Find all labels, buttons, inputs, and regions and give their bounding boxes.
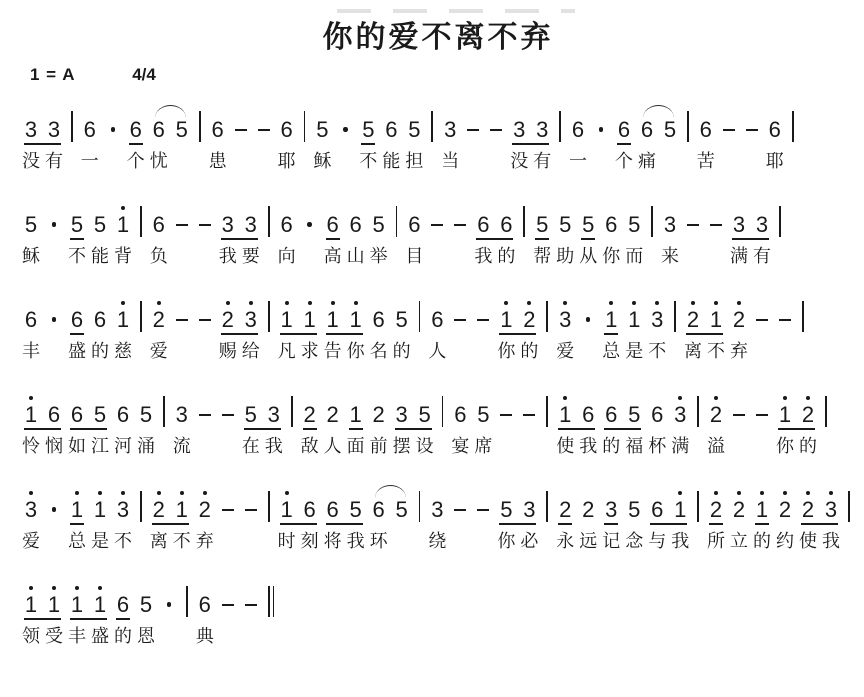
meta-row: 1 = A 4/4 [22,64,854,86]
symbol [520,402,538,427]
barline [802,298,804,363]
note: 3有 [533,108,551,173]
octave-dot [678,396,682,400]
duration-dot [592,108,610,173]
note: 3记 [602,488,620,553]
note: 2的 [520,298,538,363]
note: 3不 [648,298,666,363]
beam-group: 1你2的 [776,393,817,458]
symbol [173,307,191,332]
duration-dot-mark [343,127,348,132]
bar-lines [163,393,165,427]
note-digit: 1 [347,402,365,427]
bar-line [546,301,548,332]
note: 5席 [474,393,492,458]
lyric-syllable: 溢 [707,434,725,458]
bar-line [546,396,548,427]
note-digit: 6 [114,592,132,617]
barline [304,108,306,173]
duration-dash-mark [258,129,270,131]
symbol [464,117,482,142]
note-digit: 3 [661,212,679,237]
note-digit: 2 [150,307,168,332]
lyric-syllable: 使 [799,529,817,553]
lyric-syllable: 助 [556,244,574,268]
note: 5稣 [22,203,40,268]
note-digit: 3 [22,117,40,142]
note: 1凡 [278,298,296,363]
symbol [196,402,214,427]
note: 2离 [684,298,702,363]
note: 1我 [671,488,689,553]
bar-lines [186,583,188,617]
note-digit: 3 [602,497,620,522]
bar-lines [779,203,781,237]
bar-line [268,586,270,617]
note: 6个 [615,108,633,173]
duration-dash [474,298,492,363]
barline [268,298,270,363]
beam-group: 1告1你 [324,298,365,363]
duration-dot-mark [52,222,57,227]
note-digit: 6 [209,117,227,142]
barline [140,203,142,268]
octave-dot-row [285,298,289,307]
duration-dot [301,203,319,268]
bar-line [140,301,142,332]
note-digit: 3 [219,212,237,237]
note: 1你 [497,298,515,363]
symbol [451,212,469,237]
lyric-syllable: 的 [753,529,771,553]
note: 6能 [382,108,400,173]
note: 6目 [405,203,423,268]
octave-dot-row [354,298,358,307]
lyric-syllable: 我 [265,434,283,458]
lyric-syllable: 满 [671,434,689,458]
note: 5 [661,108,679,173]
bar-line [71,111,73,142]
symbol [196,212,214,237]
lyric-syllable: 能 [382,149,400,173]
lyric-syllable: 要 [242,244,260,268]
barline [163,393,165,458]
beam-group: 1怜6悯 [22,393,63,458]
bar-lines [687,108,689,142]
note: 2远 [579,488,597,553]
lyric-syllable: 丰 [22,339,40,363]
lyric-syllable: 设 [416,434,434,458]
note: 3满 [671,393,689,458]
lyric-syllable: 杯 [648,434,666,458]
note-digit: 1 [278,307,296,332]
note: 6的 [497,203,515,268]
note-digit: 3 [520,497,538,522]
lyric-syllable: 盛 [91,624,109,648]
bar-lines [291,393,293,427]
note-digit: 6 [569,117,587,142]
octave-dot [632,301,636,305]
note: 1你 [347,298,365,363]
beam-group: 3满3有 [730,203,771,268]
bar-lines [697,488,699,522]
note: 1怜 [22,393,40,458]
barline [546,393,548,458]
note-digit: 1 [91,592,109,617]
note-digit: 5 [393,307,411,332]
note: 6河 [114,393,132,458]
lyric-syllable: 有 [753,244,771,268]
duration-dash [242,583,260,648]
duration-dash [753,298,771,363]
symbol [242,592,260,617]
note: 6环 [370,488,388,553]
barline [559,108,561,173]
octave-dot [285,491,289,495]
duration-dash-mark [245,509,257,511]
symbol [451,497,469,522]
duration-dot-mark [52,507,57,512]
note-digit: 6 [150,117,168,142]
note-digit: 3 [533,117,551,142]
duration-dash-mark [199,224,211,226]
octave-dot-row [29,583,33,592]
duration-dot [45,298,63,363]
barline [431,108,433,173]
note: 1不 [707,298,725,363]
octave-dot [29,396,33,400]
note-digit: 6 [370,307,388,332]
bar-lines [419,298,421,332]
music-system: 3没3有6一6个6忧56患6耶5稣5不6能5担3当3没3有6一6个6痛56苦6耶 [22,108,854,173]
note-digit: 2 [707,402,725,427]
lyric-syllable: 必 [520,529,538,553]
note: 2爱 [150,298,168,363]
beam-group: 1凡1求 [278,298,319,363]
lyric-syllable: 远 [579,529,597,553]
lyric-syllable: 稣 [22,244,40,268]
octave-dot [714,491,718,495]
bar-line [559,111,561,142]
beam-group: 6我6的 [474,203,515,268]
note-digit: 5 [347,497,365,522]
duration-dash [464,108,482,173]
octave-dot-row [226,298,230,307]
note-digit: 5 [359,117,377,142]
bar-line [651,206,653,237]
symbol [707,212,725,237]
bar-line [419,491,421,522]
note-digit: 6 [22,307,40,332]
barline [651,203,653,268]
octave-dot [249,301,253,305]
symbol [730,402,748,427]
duration-dash [743,108,761,173]
note-digit: 6 [602,402,620,427]
lyric-syllable: 所 [707,529,725,553]
duration-dash [428,203,446,268]
barline [825,393,827,458]
lyric-syllable: 领 [22,624,40,648]
note-digit: 1 [753,497,771,522]
note-digit: 6 [451,402,469,427]
note-digit: 1 [114,307,132,332]
octave-dot-row [829,488,833,497]
note: 6杯 [648,393,666,458]
bar-line [674,301,676,332]
octave-dot-row [563,393,567,402]
note: 6个 [127,108,145,173]
duration-dash-mark [467,129,479,131]
bar-line [546,491,548,522]
note-digit: 6 [697,117,715,142]
lyric-syllable: 受 [45,624,63,648]
duration-dash [173,203,191,268]
lyric-syllable: 凡 [278,339,296,363]
note-digit: 3 [428,497,446,522]
note: 6宴 [451,393,469,458]
duration-dash-mark [523,414,535,416]
note-digit: 6 [474,212,492,237]
note: 5福 [625,393,643,458]
barline [697,393,699,458]
note-digit: 6 [428,307,446,332]
song-title: 你的爱不离不弃 [22,18,854,58]
barline [199,108,201,173]
lyric-syllable: 记 [602,529,620,553]
barline [140,298,142,363]
lyric-syllable: 江 [91,434,109,458]
note-digit: 2 [579,497,597,522]
note: 6盛 [68,298,86,363]
symbol [776,307,794,332]
duration-dash-mark [222,509,234,511]
lyric-syllable: 有 [533,149,551,173]
octave-dot-row [714,488,718,497]
barline [268,203,270,268]
note-digit: 5 [579,212,597,237]
bar-lines [419,488,421,522]
symbol [579,307,597,332]
note-digit: 5 [91,212,109,237]
barline [396,203,398,268]
lyric-syllable: 没 [22,149,40,173]
octave-dot-row [806,393,810,402]
lyric-syllable: 在 [242,434,260,458]
barline [546,298,548,363]
bar-lines [825,393,827,427]
lyric-syllable: 不 [114,529,132,553]
bar-line [697,491,699,522]
symbol [753,402,771,427]
symbol [336,117,354,142]
note: 1求 [301,298,319,363]
octave-dot-row [563,298,567,307]
duration-dash-mark [235,129,247,131]
duration-dash-mark [756,414,768,416]
note: 1是 [625,298,643,363]
note-digit: 6 [579,402,597,427]
bar-lines [140,488,142,522]
note-digit: 5 [370,212,388,237]
lyric-syllable: 不 [707,339,725,363]
note-digit: 6 [196,592,214,617]
note-digit: 5 [137,592,155,617]
slur-group: 6环5 [370,488,411,553]
octave-dot [29,491,33,495]
lyric-syllable: 使 [556,434,574,458]
note: 3有 [45,108,63,173]
bar-line [697,396,699,427]
time-signature: 4/4 [132,65,156,84]
note: 2所 [707,488,725,553]
note: 3当 [441,108,459,173]
note: 5能 [91,203,109,268]
lyric-syllable: 山 [347,244,365,268]
note-digit: 5 [661,117,679,142]
note-digit: 2 [799,497,817,522]
music-system: 6丰6盛6的1慈2爱2赐3给1凡1求1告1你6名5的6人1你2的3爱1总1是3不… [22,298,854,363]
lyric-syllable: 苦 [697,149,715,173]
note: 5在 [242,393,260,458]
bar-lines [546,298,548,332]
note-digit: 2 [730,307,748,332]
symbol [684,212,702,237]
octave-dot-row [98,583,102,592]
duration-dash [232,108,250,173]
note: 1告 [324,298,342,363]
note-digit: 2 [150,497,168,522]
note: 5我 [347,488,365,553]
duration-dash-mark [176,319,188,321]
lyric-syllable: 人 [428,339,446,363]
sheet-music-page: 你的爱不离不弃 1 = A 4/4 3没3有6一6个6忧56患6耶5稣5不6能5… [0,0,864,648]
note-digit: 6 [648,402,666,427]
note-digit: 5 [137,402,155,427]
beam-group: 1时6刻 [278,488,319,553]
note: 6人 [428,298,446,363]
note: 6一 [81,108,99,173]
duration-dash-mark [500,414,512,416]
note: 5你 [497,488,515,553]
lyric-syllable: 盛 [68,339,86,363]
octave-dot [157,491,161,495]
note-digit: 3 [45,117,63,142]
note-digit: 2 [301,402,319,427]
bar-lines [546,488,548,522]
note: 2弃 [196,488,214,553]
note-digit: 6 [324,497,342,522]
lyric-syllable: 面 [347,434,365,458]
lyric-syllable: 约 [776,529,794,553]
note-digit: 2 [684,307,702,332]
note-digit: 1 [45,592,63,617]
duration-dash [520,393,538,458]
octave-dot [563,301,567,305]
note-digit: 5 [533,212,551,237]
duration-dash [474,488,492,553]
duration-dash [196,393,214,458]
symbol [301,212,319,237]
lyric-syllable: 不 [359,149,377,173]
bar-lines [523,203,525,237]
bar-line [273,586,275,617]
lyric-syllable: 如 [68,434,86,458]
octave-dot-row [157,488,161,497]
lyric-syllable: 爱 [556,339,574,363]
note-digit: 3 [441,117,459,142]
beam-group: 6如5江 [68,393,109,458]
note-digit: 6 [91,307,109,332]
note-digit: 3 [510,117,528,142]
octave-dot [285,301,289,305]
lyric-syllable: 永 [556,529,574,553]
bar-lines [268,488,270,522]
note: 1面 [347,393,365,458]
note-digit: 1 [556,402,574,427]
note: 5 [393,488,411,553]
note-digit: 3 [242,307,260,332]
bar-lines [396,203,398,237]
beam-group: 2离1不 [150,488,191,553]
note-digit: 1 [91,497,109,522]
note: 2离 [150,488,168,553]
note: 3绕 [428,488,446,553]
note: 5举 [370,203,388,268]
note: 3没 [510,108,528,173]
note-digit: 1 [278,497,296,522]
lyric-syllable: 背 [114,244,132,268]
duration-dash-mark [710,224,722,226]
note-digit: 1 [776,402,794,427]
note-digit: 3 [753,212,771,237]
bar-lines [674,298,676,332]
note: 5帮 [533,203,551,268]
note-digit: 1 [602,307,620,332]
note: 1丰 [68,583,86,648]
symbol [474,307,492,332]
note: 3流 [173,393,191,458]
note-digit: 6 [382,117,400,142]
lyric-syllable: 求 [301,339,319,363]
note-digit: 3 [173,402,191,427]
note-digit: 2 [324,402,342,427]
lyric-syllable: 个 [615,149,633,173]
note: 2溢 [707,393,725,458]
octave-dot-row [678,393,682,402]
barline [442,393,444,458]
bar-line [163,396,165,427]
note: 2敌 [301,393,319,458]
note-digit: 5 [313,117,331,142]
note-digit: 3 [648,307,666,332]
duration-dash-mark [723,129,735,131]
note-digit: 6 [127,117,145,142]
lyric-syllable: 一 [81,149,99,173]
octave-dot-row [203,488,207,497]
duration-dash-mark [222,414,234,416]
bar-lines [546,393,548,427]
lyric-syllable: 流 [173,434,191,458]
octave-dot-row [737,488,741,497]
note: 5恩 [137,583,155,648]
octave-dot [783,491,787,495]
note: 6向 [278,203,296,268]
symbol [720,117,738,142]
octave-dot-row [714,298,718,307]
lyric-syllable: 我 [671,529,689,553]
note: 5的 [393,298,411,363]
